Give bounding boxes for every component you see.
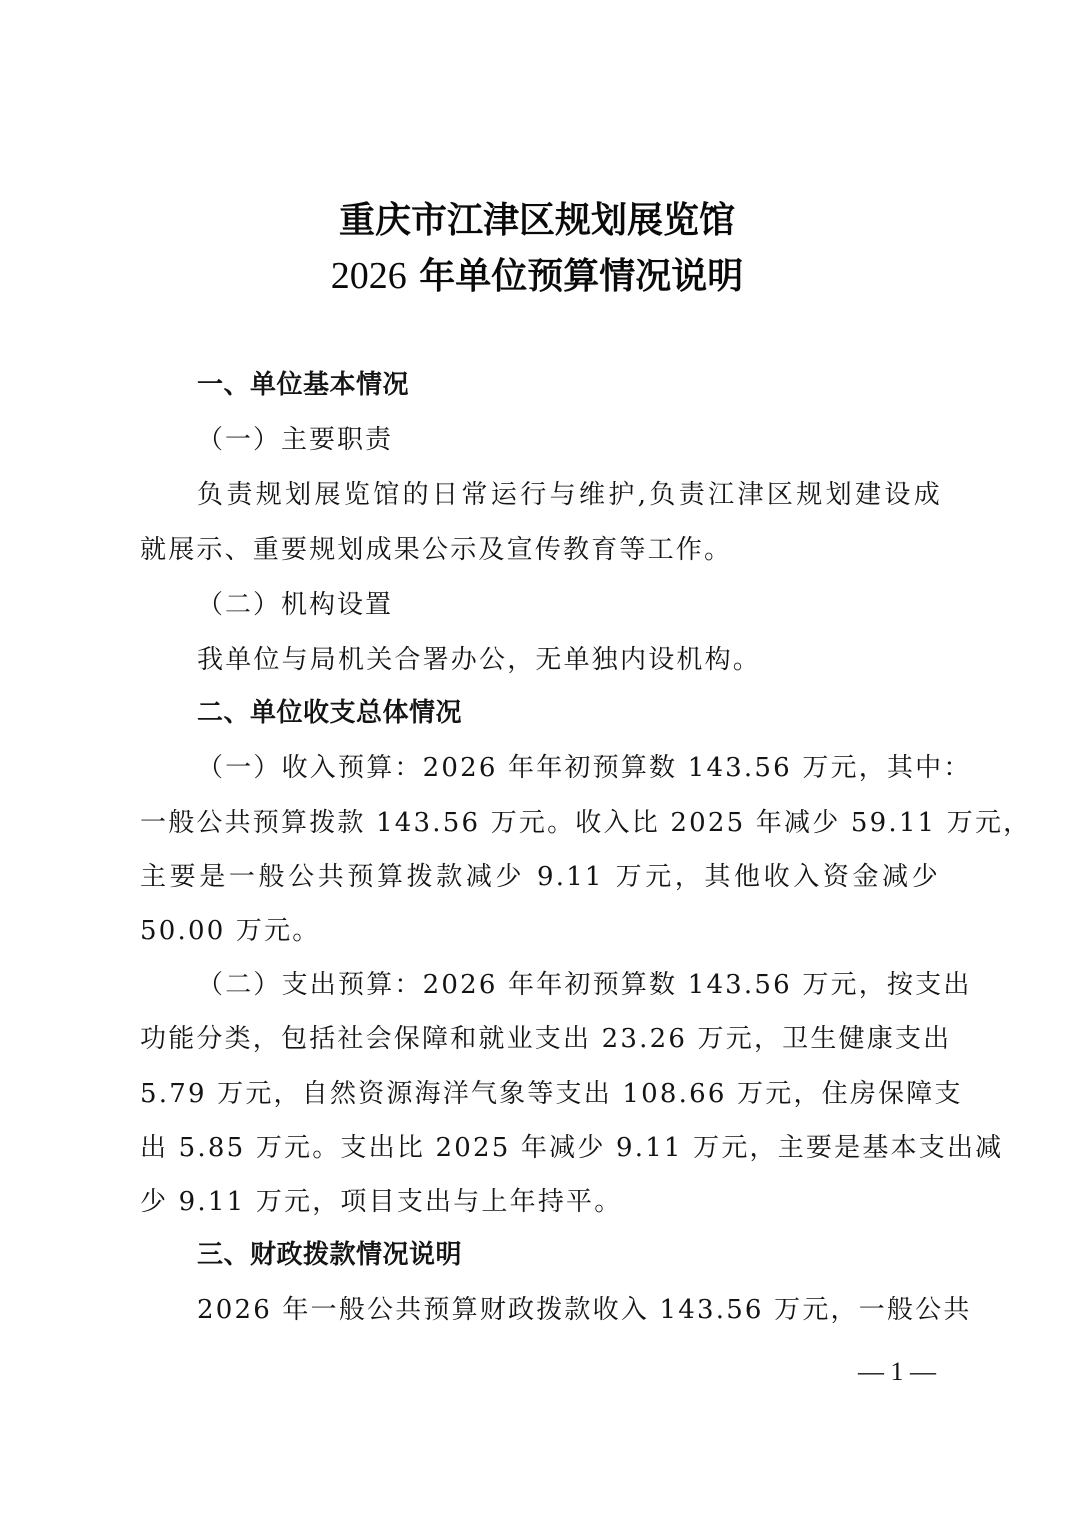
- paragraph-line: 少 9.11 万元，项目支出与上年持平。: [140, 1185, 940, 1219]
- document-title-line-2: 2026 年单位预算情况说明: [0, 254, 1074, 298]
- section-heading-fiscal-appropriation: 三、财政拨款情况说明: [197, 1238, 942, 1272]
- paragraph-line: 出 5.85 万元。支出比 2025 年减少 9.11 万元，主要是基本支出减: [140, 1131, 940, 1165]
- document-title-line-1: 重庆市江津区规划展览馆: [0, 198, 1074, 242]
- document-page: 重庆市江津区规划展览馆 2026 年单位预算情况说明 一、单位基本情况 （一）主…: [0, 0, 1074, 1520]
- title-rest: 年单位预算情况说明: [407, 255, 744, 297]
- paragraph-line: （二）支出预算：2026 年年初预算数 143.56 万元，按支出: [197, 968, 942, 1002]
- subsection-heading-duties: （一）主要职责: [197, 423, 942, 457]
- paragraph-line: 就展示、重要规划成果公示及宣传教育等工作。: [140, 533, 940, 567]
- paragraph-line: 主要是一般公共预算拨款减少 9.11 万元，其他收入资金减少: [140, 860, 940, 894]
- subsection-heading-organization: （二）机构设置: [197, 588, 942, 622]
- paragraph-line: 2026 年一般公共预算财政拨款收入 143.56 万元，一般公共: [197, 1293, 942, 1327]
- section-heading-budget-overview: 二、单位收支总体情况: [197, 696, 942, 730]
- title-year: 2026: [331, 255, 407, 297]
- paragraph-line: 一般公共预算拨款 143.56 万元。收入比 2025 年减少 59.11 万元…: [140, 806, 940, 840]
- page-number: — 1 —: [858, 1357, 936, 1387]
- paragraph-line: 我单位与局机关合署办公，无单独内设机构。: [197, 643, 942, 677]
- paragraph-line: 负责规划展览馆的日常运行与维护,负责江津区规划建设成: [197, 478, 942, 512]
- paragraph-line: 5.79 万元，自然资源海洋气象等支出 108.66 万元，住房保障支: [140, 1077, 940, 1111]
- paragraph-line: （一）收入预算：2026 年年初预算数 143.56 万元，其中：: [197, 751, 942, 785]
- paragraph-line: 功能分类，包括社会保障和就业支出 23.26 万元，卫生健康支出: [140, 1022, 940, 1056]
- section-heading-basic-info: 一、单位基本情况: [197, 368, 942, 402]
- paragraph-line: 50.00 万元。: [140, 914, 940, 948]
